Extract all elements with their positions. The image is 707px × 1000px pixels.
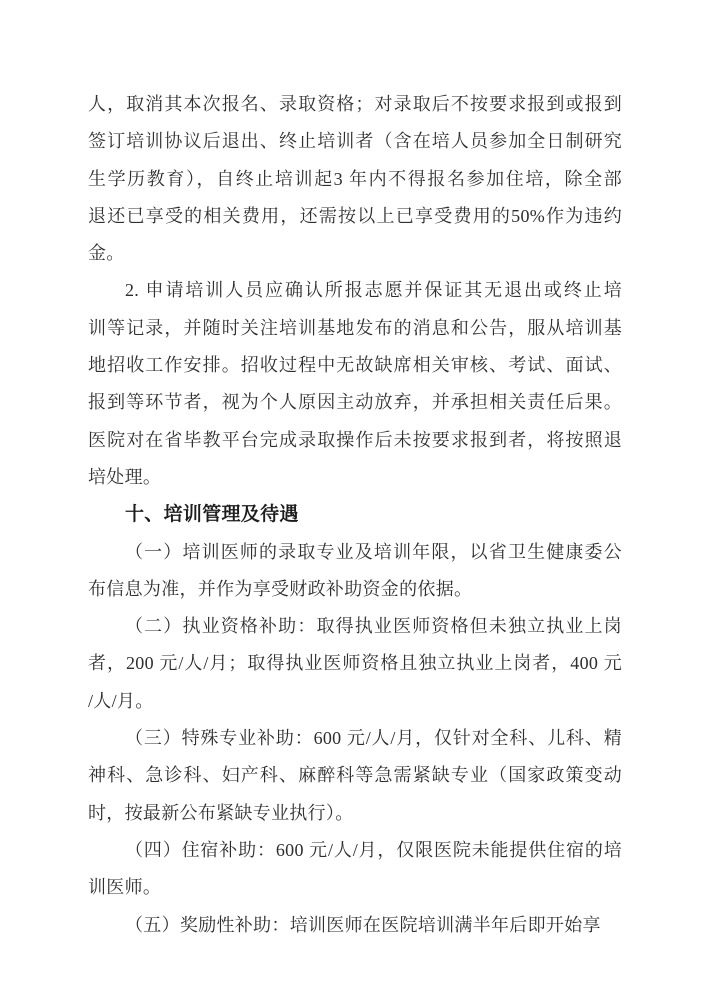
text-line: 金。 xyxy=(88,235,622,272)
text-line: 2. 申请培训人员应确认所报志愿并保证其无退出或终止培 xyxy=(88,272,622,309)
text-line: 训医师。 xyxy=(88,869,622,906)
text-line: /人/月。 xyxy=(88,683,622,720)
section-heading: 十、培训管理及待遇 xyxy=(88,496,622,533)
text-line: 时，按最新公布紧缺专业执行）。 xyxy=(88,795,622,832)
document-page: 人，取消其本次报名、录取资格；对录取后不按要求报到或报到 签订培训协议后退出、终… xyxy=(0,0,707,1000)
text-line: （二）执业资格补助：取得执业医师资格但未独立执业上岗 xyxy=(88,608,622,645)
text-line: 训等记录，并随时关注培训基地发布的消息和公告，服从培训基 xyxy=(88,310,622,347)
text-line: 报到等环节者，视为个人原因主动放弃，并承担相关责任后果。 xyxy=(88,384,622,421)
document-body: 人，取消其本次报名、录取资格；对录取后不按要求报到或报到 签订培训协议后退出、终… xyxy=(88,86,622,944)
text-line: （一）培训医师的录取专业及培训年限，以省卫生健康委公 xyxy=(88,534,622,571)
text-line: 医院对在省毕教平台完成录取操作后未按要求报到者，将按照退 xyxy=(88,422,622,459)
text-line: 者，200 元/人/月；取得执业医师资格且独立执业上岗者，400 元 xyxy=(88,645,622,682)
text-line: 神科、急诊科、妇产科、麻醉科等急需紧缺专业（国家政策变动 xyxy=(88,757,622,794)
text-line: 人，取消其本次报名、录取资格；对录取后不按要求报到或报到 xyxy=(88,86,622,123)
text-line: （四）住宿补助：600 元/人/月，仅限医院未能提供住宿的培 xyxy=(88,832,622,869)
text-line: （五）奖励性补助：培训医师在医院培训满半年后即开始享 xyxy=(88,907,622,944)
text-line: （三）特殊专业补助：600 元/人/月，仅针对全科、儿科、精 xyxy=(88,720,622,757)
text-line: 生学历教育），自终止培训起3 年内不得报名参加住培，除全部 xyxy=(88,161,622,198)
text-line: 签订培训协议后退出、终止培训者（含在培人员参加全日制研究 xyxy=(88,123,622,160)
text-line: 退还已享受的相关费用，还需按以上已享受费用的50%作为违约 xyxy=(88,198,622,235)
text-line: 布信息为准，并作为享受财政补助资金的依据。 xyxy=(88,571,622,608)
text-line: 培处理。 xyxy=(88,459,622,496)
text-line: 地招收工作安排。招收过程中无故缺席相关审核、考试、面试、 xyxy=(88,347,622,384)
